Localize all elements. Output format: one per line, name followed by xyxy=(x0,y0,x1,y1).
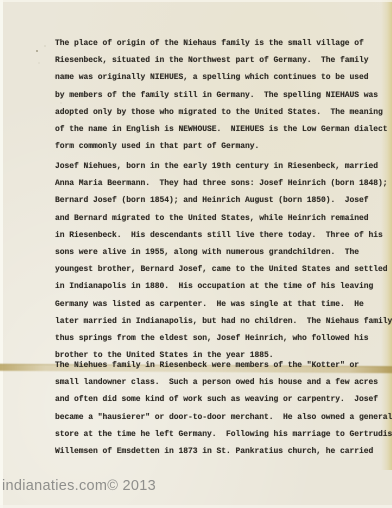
scanned-document-page: The place of origin of the Niehaus famil… xyxy=(0,0,392,508)
paragraph-family-history: Josef Niehues, born in the early 19th ce… xyxy=(55,158,389,364)
paragraph-social-class: The Niehues family in Riesenbeck were me… xyxy=(55,357,389,460)
watermark-text: indianaties.com© 2013 xyxy=(2,478,156,494)
pencil-specks xyxy=(36,50,38,52)
page-edge-top xyxy=(0,0,392,2)
page-edge-left xyxy=(0,0,3,508)
paragraph-family-origin: The place of origin of the Niehaus famil… xyxy=(55,35,389,155)
